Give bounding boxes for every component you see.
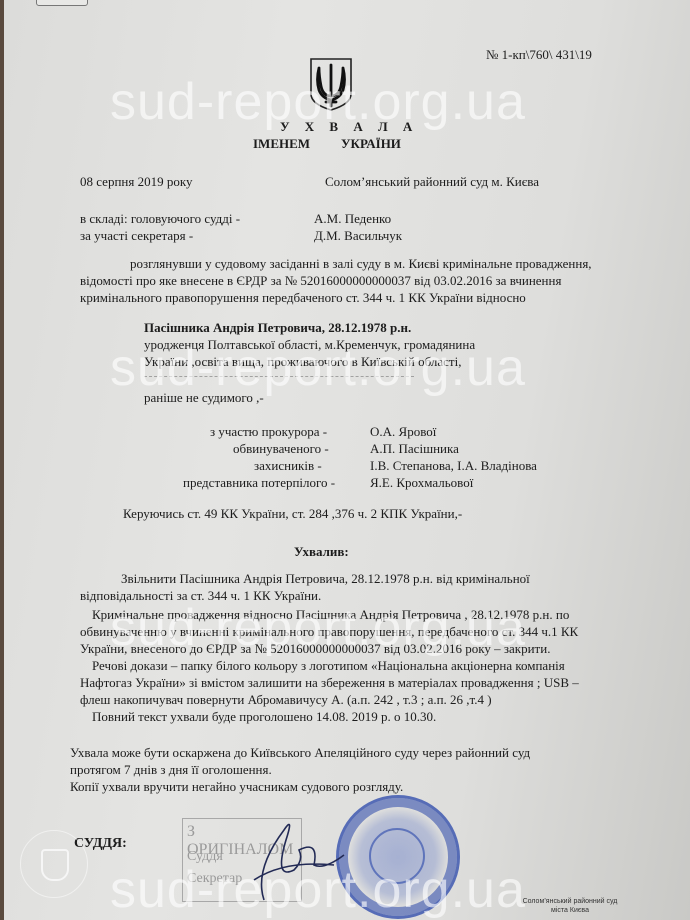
- resolution-line: Нафтогаз України» зі вмістом залишити на…: [80, 675, 579, 691]
- resolution-line: Речові докази – папку білого кольору з л…: [92, 658, 565, 674]
- appeal-line: Копії ухвали вручити негайно учасникам с…: [70, 779, 403, 795]
- resolution-line: Повний текст ухвали буде проголошено 14.…: [92, 709, 436, 725]
- participant-role: представника потерпілого -: [183, 475, 335, 491]
- court-name: Солом’янський районний суд м. Києва: [325, 174, 539, 190]
- resolution-line: флеш накопичувач повернути Абромавичусу …: [80, 692, 492, 708]
- composition-role: в складі: головуючого судді -: [80, 211, 240, 227]
- composition-name: А.М. Педенко: [314, 211, 391, 227]
- redacted-line: [144, 376, 414, 381]
- resolution-line: України, внесеного до ЄРДР за № 52016000…: [80, 641, 550, 657]
- accused-detail: уродженця Полтавської області, м.Кременч…: [144, 337, 475, 353]
- stamp-text: Суддя: [187, 849, 223, 865]
- appeal-line: протягом 7 днів з дня її оголошення.: [70, 762, 272, 778]
- court-footer: Солом’янський районний суд міста Києва: [510, 897, 630, 915]
- document-page: № 1-кп\760\ 431\19 У Х В А Л А ІМЕНЕМ УК…: [4, 0, 690, 920]
- intro-line: кримінального правопорушення передбачено…: [80, 290, 526, 306]
- coat-of-arms-icon: [308, 56, 354, 112]
- court-footer-line: Солом’янський районний суд: [510, 897, 630, 906]
- participant-name: О.А. Ярової: [370, 424, 436, 440]
- appeal-line: Ухвала може бути оскаржена до Київського…: [70, 745, 530, 761]
- accused-detail: України ,освіта вища, проживаючого в Киї…: [144, 354, 461, 370]
- participant-role: захисників -: [254, 458, 322, 474]
- intro-line: відомості про яке внесене в ЄРДР за № 52…: [80, 273, 561, 289]
- judge-signature-icon: [224, 810, 364, 910]
- accused-name: Пасішника Андрія Петровича, 28.12.1978 р…: [144, 320, 411, 336]
- case-number: № 1-кп\760\ 431\19: [486, 47, 592, 63]
- resolved-heading: Ухвалив:: [294, 544, 349, 560]
- participant-role: обвинуваченого -: [233, 441, 329, 457]
- participant-name: І.В. Степанова, І.А. Владінова: [370, 458, 537, 474]
- composition-role: за участі секретаря -: [80, 228, 193, 244]
- resolution-line: Кримінальне провадження відносно Пасішни…: [92, 607, 569, 623]
- document-subtitle-left: ІМЕНЕМ: [253, 136, 310, 152]
- paper-clip: [36, 0, 88, 6]
- court-footer-line: міста Києва: [510, 906, 630, 915]
- resolution-line: відповідальності за ст. 344 ч. 1 КК Укра…: [80, 588, 321, 604]
- decision-date: 08 серпня 2019 року: [80, 174, 192, 190]
- shield-icon: [41, 849, 69, 881]
- guided-by: Керуючись ст. 49 КК України, ст. 284 ,37…: [123, 506, 462, 522]
- accused-detail: раніше не судимого ,-: [144, 390, 264, 406]
- document-subtitle-right: УКРАЇНИ: [341, 136, 401, 152]
- seal-emblem: [369, 828, 425, 884]
- resolution-line: Звільнити Пасішника Андрія Петровича, 28…: [121, 571, 530, 587]
- watermarkly-badge: [20, 830, 88, 898]
- participant-name: Я.Е. Крохмальової: [370, 475, 473, 491]
- composition-name: Д.М. Васильчук: [314, 228, 402, 244]
- participant-role: з участю прокурора -: [210, 424, 327, 440]
- document-title: У Х В А Л А: [280, 119, 418, 135]
- intro-line: розглянувши у судовому засіданні в залі …: [130, 256, 592, 272]
- participant-name: А.П. Пасішника: [370, 441, 459, 457]
- resolution-line: обвинуваченню у вчиненні кримінального п…: [80, 624, 578, 640]
